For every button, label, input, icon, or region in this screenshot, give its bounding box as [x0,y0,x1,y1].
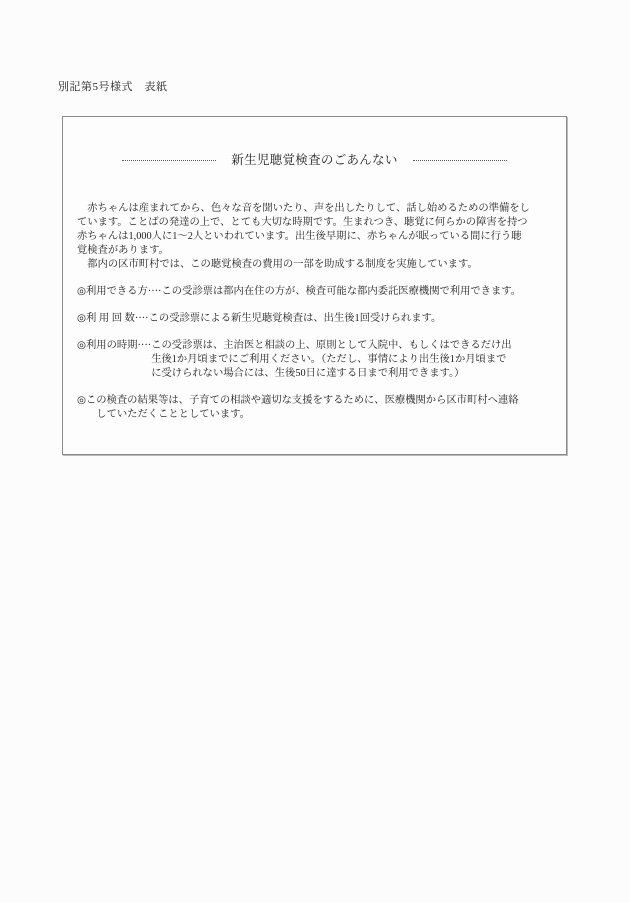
dashed-rule-right [413,160,507,161]
item-results-notification-label: ◎ [77,394,86,408]
title-row: 新生児聴覚検査のごあんない [77,150,552,168]
item-usage-count-text: この受診票による新生児聴覚検査は、出生後1回受けられます。 [149,312,552,326]
notice-item-usage-count: ◎利 用 回 数···· この受診票による新生児聴覚検査は、出生後1回受けられま… [77,312,552,326]
notice-title: 新生児聴覚検査のごあんない [231,150,397,168]
item-usage-period-text: この受診票は、主治医と相談の上、原則として入院中、もしくはできるだけ出 生後1か… [151,339,552,381]
item-results-notification-text: この検査の結果等は、子育ての相談や適切な支援をするために、医療機関から区市町村へ… [86,394,552,422]
notice-box: 新生児聴覚検査のごあんない 赤ちゃんは産まれてから、色々な音を聞いたり、声を出し… [62,116,567,455]
form-number-label: 別記第5号様式 表紙 [58,78,168,94]
notice-item-eligibility: ◎利用できる方···· この受診票は都内在住の方が、検査可能な都内委託医療機関で… [77,285,552,299]
item-usage-count-label: ◎利 用 回 数···· [77,312,149,326]
item-eligibility-text: この受診票は都内在住の方が、検査可能な都内委託医療機関で利用できます。 [161,285,552,299]
notice-item-usage-period: ◎利用の時期···· この受診票は、主治医と相談の上、原則として入院中、もしくは… [77,339,552,381]
intro-paragraph: 赤ちゃんは産まれてから、色々な音を聞いたり、声を出したりして、話し始めるための準… [77,202,552,272]
item-usage-period-label: ◎利用の時期···· [77,339,151,353]
document-page: { "page": { "header": "別記第5号様式 表紙" }, "n… [0,0,630,903]
dashed-rule-left [122,160,216,161]
item-eligibility-label: ◎利用できる方···· [77,285,161,299]
notice-item-results-notification: ◎ この検査の結果等は、子育ての相談や適切な支援をするために、医療機関から区市町… [77,394,552,422]
